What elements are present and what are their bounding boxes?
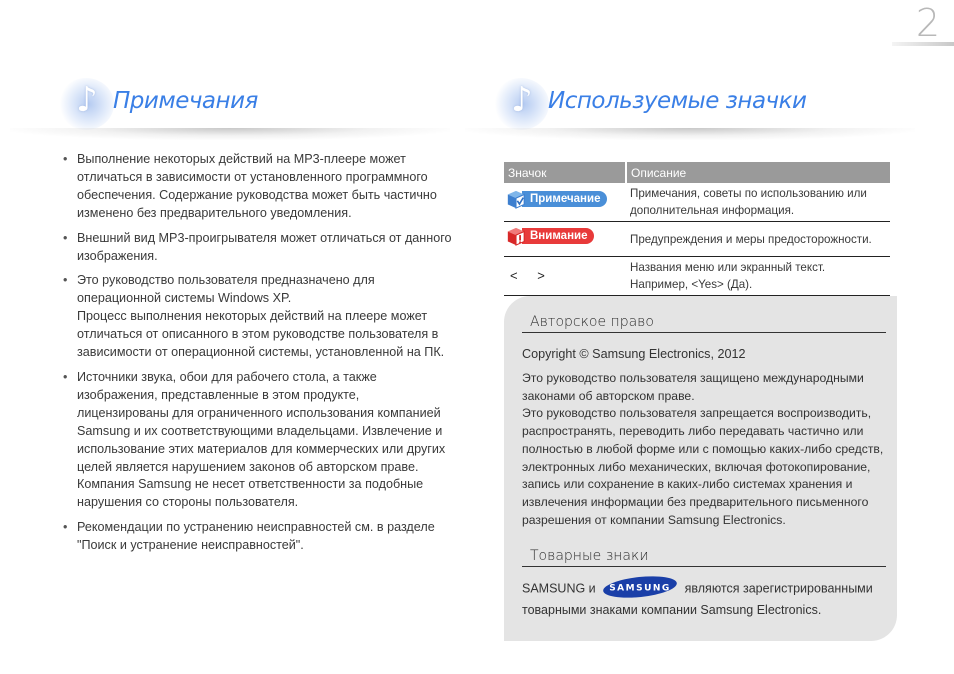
checkbox-cube-icon xyxy=(506,189,526,209)
page-number-rule xyxy=(892,42,954,46)
icons-section-header: ♪ Используемые значки xyxy=(475,74,895,154)
copyright-paragraph: Это руководство пользователя запрещается… xyxy=(522,405,884,529)
list-item: • Это руководство пользователя предназна… xyxy=(62,272,454,362)
section-divider-shadow xyxy=(10,128,450,140)
note-text: Рекомендации по устранению неисправносте… xyxy=(77,519,454,555)
bullet-icon: • xyxy=(63,369,67,387)
trademarks-text: SAMSUNG и SAMSUNG являются зарегистриров… xyxy=(522,578,886,620)
column-header-icon: Значок xyxy=(504,162,626,183)
music-note-icon: ♪ xyxy=(76,80,98,120)
list-item: • Выполнение некоторых действий на MP3-п… xyxy=(62,151,454,223)
column-header-description: Описание xyxy=(626,162,890,183)
list-item: • Рекомендации по устранению неисправнос… xyxy=(62,519,454,555)
trademark-text-before: SAMSUNG и xyxy=(522,581,596,595)
bullet-icon: • xyxy=(63,272,67,290)
note-text: Процесс выполнения некоторых действий на… xyxy=(77,308,454,362)
exclamation-cube-icon xyxy=(506,226,526,246)
table-row: Внимание Предупреждения и меры предостор… xyxy=(504,222,890,257)
music-note-icon: ♪ xyxy=(511,80,533,120)
copyright-line: Copyright © Samsung Electronics, 2012 xyxy=(522,347,745,361)
samsung-logo-icon: SAMSUNG xyxy=(602,576,678,598)
copyright-heading: Авторское право xyxy=(522,314,886,333)
table-row: < > Названия меню или экранный текст. На… xyxy=(504,257,890,296)
notes-list: • Выполнение некоторых действий на MP3-п… xyxy=(62,151,454,562)
angle-brackets-icon: < > xyxy=(506,268,553,283)
table-row: Примечание Примечания, советы по использ… xyxy=(504,183,890,222)
section-divider-shadow xyxy=(465,128,915,140)
icons-section-title: Используемые значки xyxy=(548,88,806,114)
description-line: Например, <Yes> (Да). xyxy=(630,276,886,293)
description-cell: Предупреждения и меры предосторожности. xyxy=(626,222,890,257)
notes-section-header: ♪ Примечания xyxy=(40,74,440,154)
warning-badge-icon: Внимание xyxy=(506,226,594,246)
note-text: Внешний вид MP3-проигрывателя может отли… xyxy=(77,230,454,266)
copyright-body: Это руководство пользователя защищено ме… xyxy=(522,370,884,529)
warning-badge-label: Внимание xyxy=(522,228,594,244)
note-badge-label: Примечание xyxy=(522,191,607,207)
note-text: Выполнение некоторых действий на MP3-пле… xyxy=(77,151,454,223)
description-line: Названия меню или экранный текст. xyxy=(630,259,886,276)
legal-info-box: Авторское право Copyright © Samsung Elec… xyxy=(504,296,897,641)
page-number: 2 xyxy=(916,4,940,42)
trademarks-heading: Товарные знаки xyxy=(522,548,886,567)
bullet-icon: • xyxy=(63,151,67,169)
list-item: • Источники звука, обои для рабочего сто… xyxy=(62,369,454,512)
description-cell: Названия меню или экранный текст. Наприм… xyxy=(626,257,890,296)
description-cell: Примечания, советы по использованию или … xyxy=(626,183,890,222)
table-header-row: Значок Описание xyxy=(504,162,890,183)
notes-section-title: Примечания xyxy=(113,88,258,114)
list-item: • Внешний вид MP3-проигрывателя может от… xyxy=(62,230,454,266)
note-text: Источники звука, обои для рабочего стола… xyxy=(77,369,454,512)
bullet-icon: • xyxy=(63,230,67,248)
bullet-icon: • xyxy=(63,519,67,537)
copyright-paragraph: Это руководство пользователя защищено ме… xyxy=(522,370,884,405)
icons-table: Значок Описание Примечание xyxy=(504,162,890,296)
svg-text:SAMSUNG: SAMSUNG xyxy=(609,584,671,594)
note-badge-icon: Примечание xyxy=(506,189,607,209)
note-text: Это руководство пользователя предназначе… xyxy=(77,272,454,308)
